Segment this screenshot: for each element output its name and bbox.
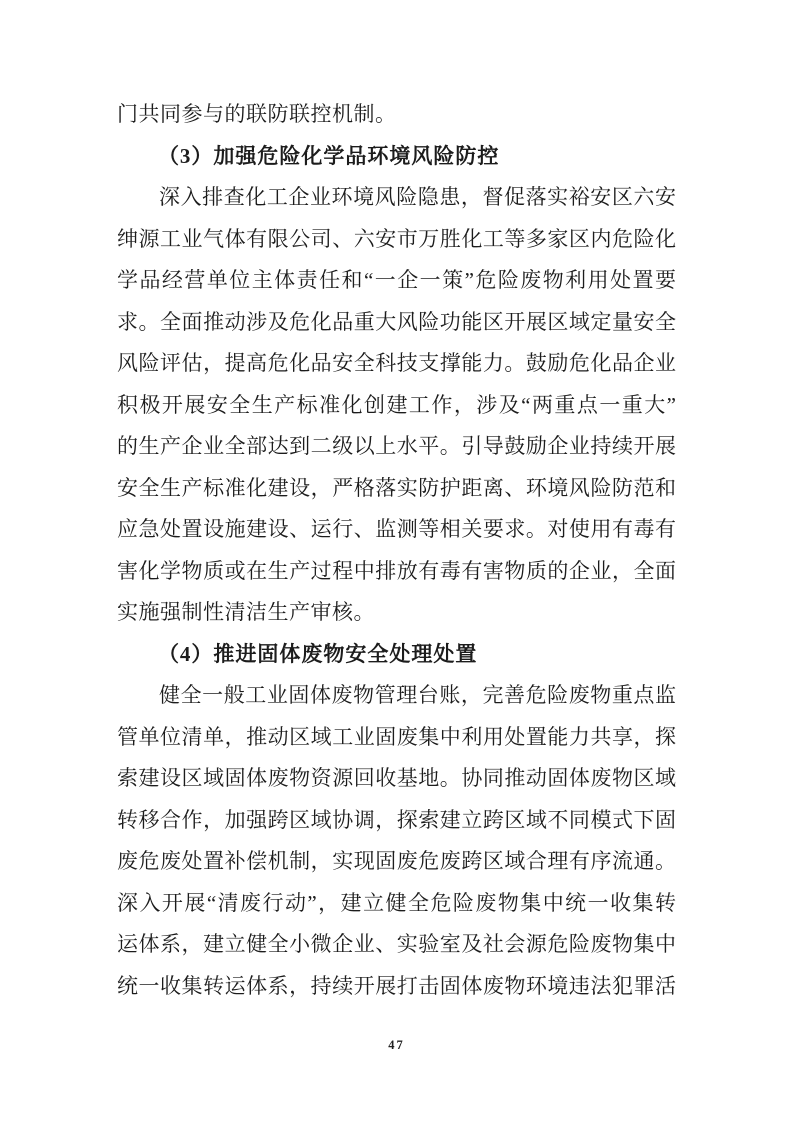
text-line: 求。全面推动涉及危化品重大风险功能区开展区域定量安全 — [117, 302, 676, 344]
document-body: 门共同参与的联防联控机制。（3）加强危险化学品环境风险防控深入排查化工企业环境风… — [117, 94, 676, 1007]
text-line: 索建设区域固体废物资源回收基地。协同推动固体废物区域 — [117, 758, 676, 800]
text-line: 转移合作，加强跨区域协调，探索建立跨区域不同模式下固 — [117, 800, 676, 842]
text-line: 健全一般工业固体废物管理台账，完善危险废物重点监 — [117, 675, 676, 717]
text-line: 门共同参与的联防联控机制。 — [117, 94, 676, 136]
text-line: 实施强制性清洁生产审核。 — [117, 592, 676, 634]
section-heading: （4）推进固体废物安全处理处置 — [117, 634, 676, 676]
text-line: 学品经营单位主体责任和“一企一策”危险废物利用处置要 — [117, 260, 676, 302]
text-line: 害化学物质或在生产过程中排放有毒有害物质的企业，全面 — [117, 551, 676, 593]
text-line: 绅源工业气体有限公司、六安市万胜化工等多家区内危险化 — [117, 219, 676, 261]
text-line: 废危废处置补偿机制，实现固废危废跨区域合理有序流通。 — [117, 841, 676, 883]
text-line: 风险评估，提高危化品安全科技支撑能力。鼓励危化品企业 — [117, 343, 676, 385]
page-footer: 47 — [0, 1036, 793, 1054]
section-heading: （3）加强危险化学品环境风险防控 — [117, 136, 676, 178]
text-line: 安全生产标准化建设，严格落实防护距离、环境风险防范和 — [117, 468, 676, 510]
text-line: 积极开展安全生产标准化创建工作，涉及“两重点一重大” — [117, 385, 676, 427]
text-line: 的生产企业全部达到二级以上水平。引导鼓励企业持续开展 — [117, 426, 676, 468]
document-page: 门共同参与的联防联控机制。（3）加强危险化学品环境风险防控深入排查化工企业环境风… — [0, 0, 793, 1122]
page-number: 47 — [388, 1038, 405, 1052]
text-line: 统一收集转运体系，持续开展打击固体废物环境违法犯罪活 — [117, 966, 676, 1008]
text-line: 应急处置设施建设、运行、监测等相关要求。对使用有毒有 — [117, 509, 676, 551]
text-line: 深入排查化工企业环境风险隐患，督促落实裕安区六安 — [117, 177, 676, 219]
text-line: 管单位清单，推动区域工业固废集中利用处置能力共享，探 — [117, 717, 676, 759]
text-line: 深入开展“清废行动”，建立健全危险废物集中统一收集转 — [117, 883, 676, 925]
text-line: 运体系，建立健全小微企业、实验室及社会源危险废物集中 — [117, 924, 676, 966]
